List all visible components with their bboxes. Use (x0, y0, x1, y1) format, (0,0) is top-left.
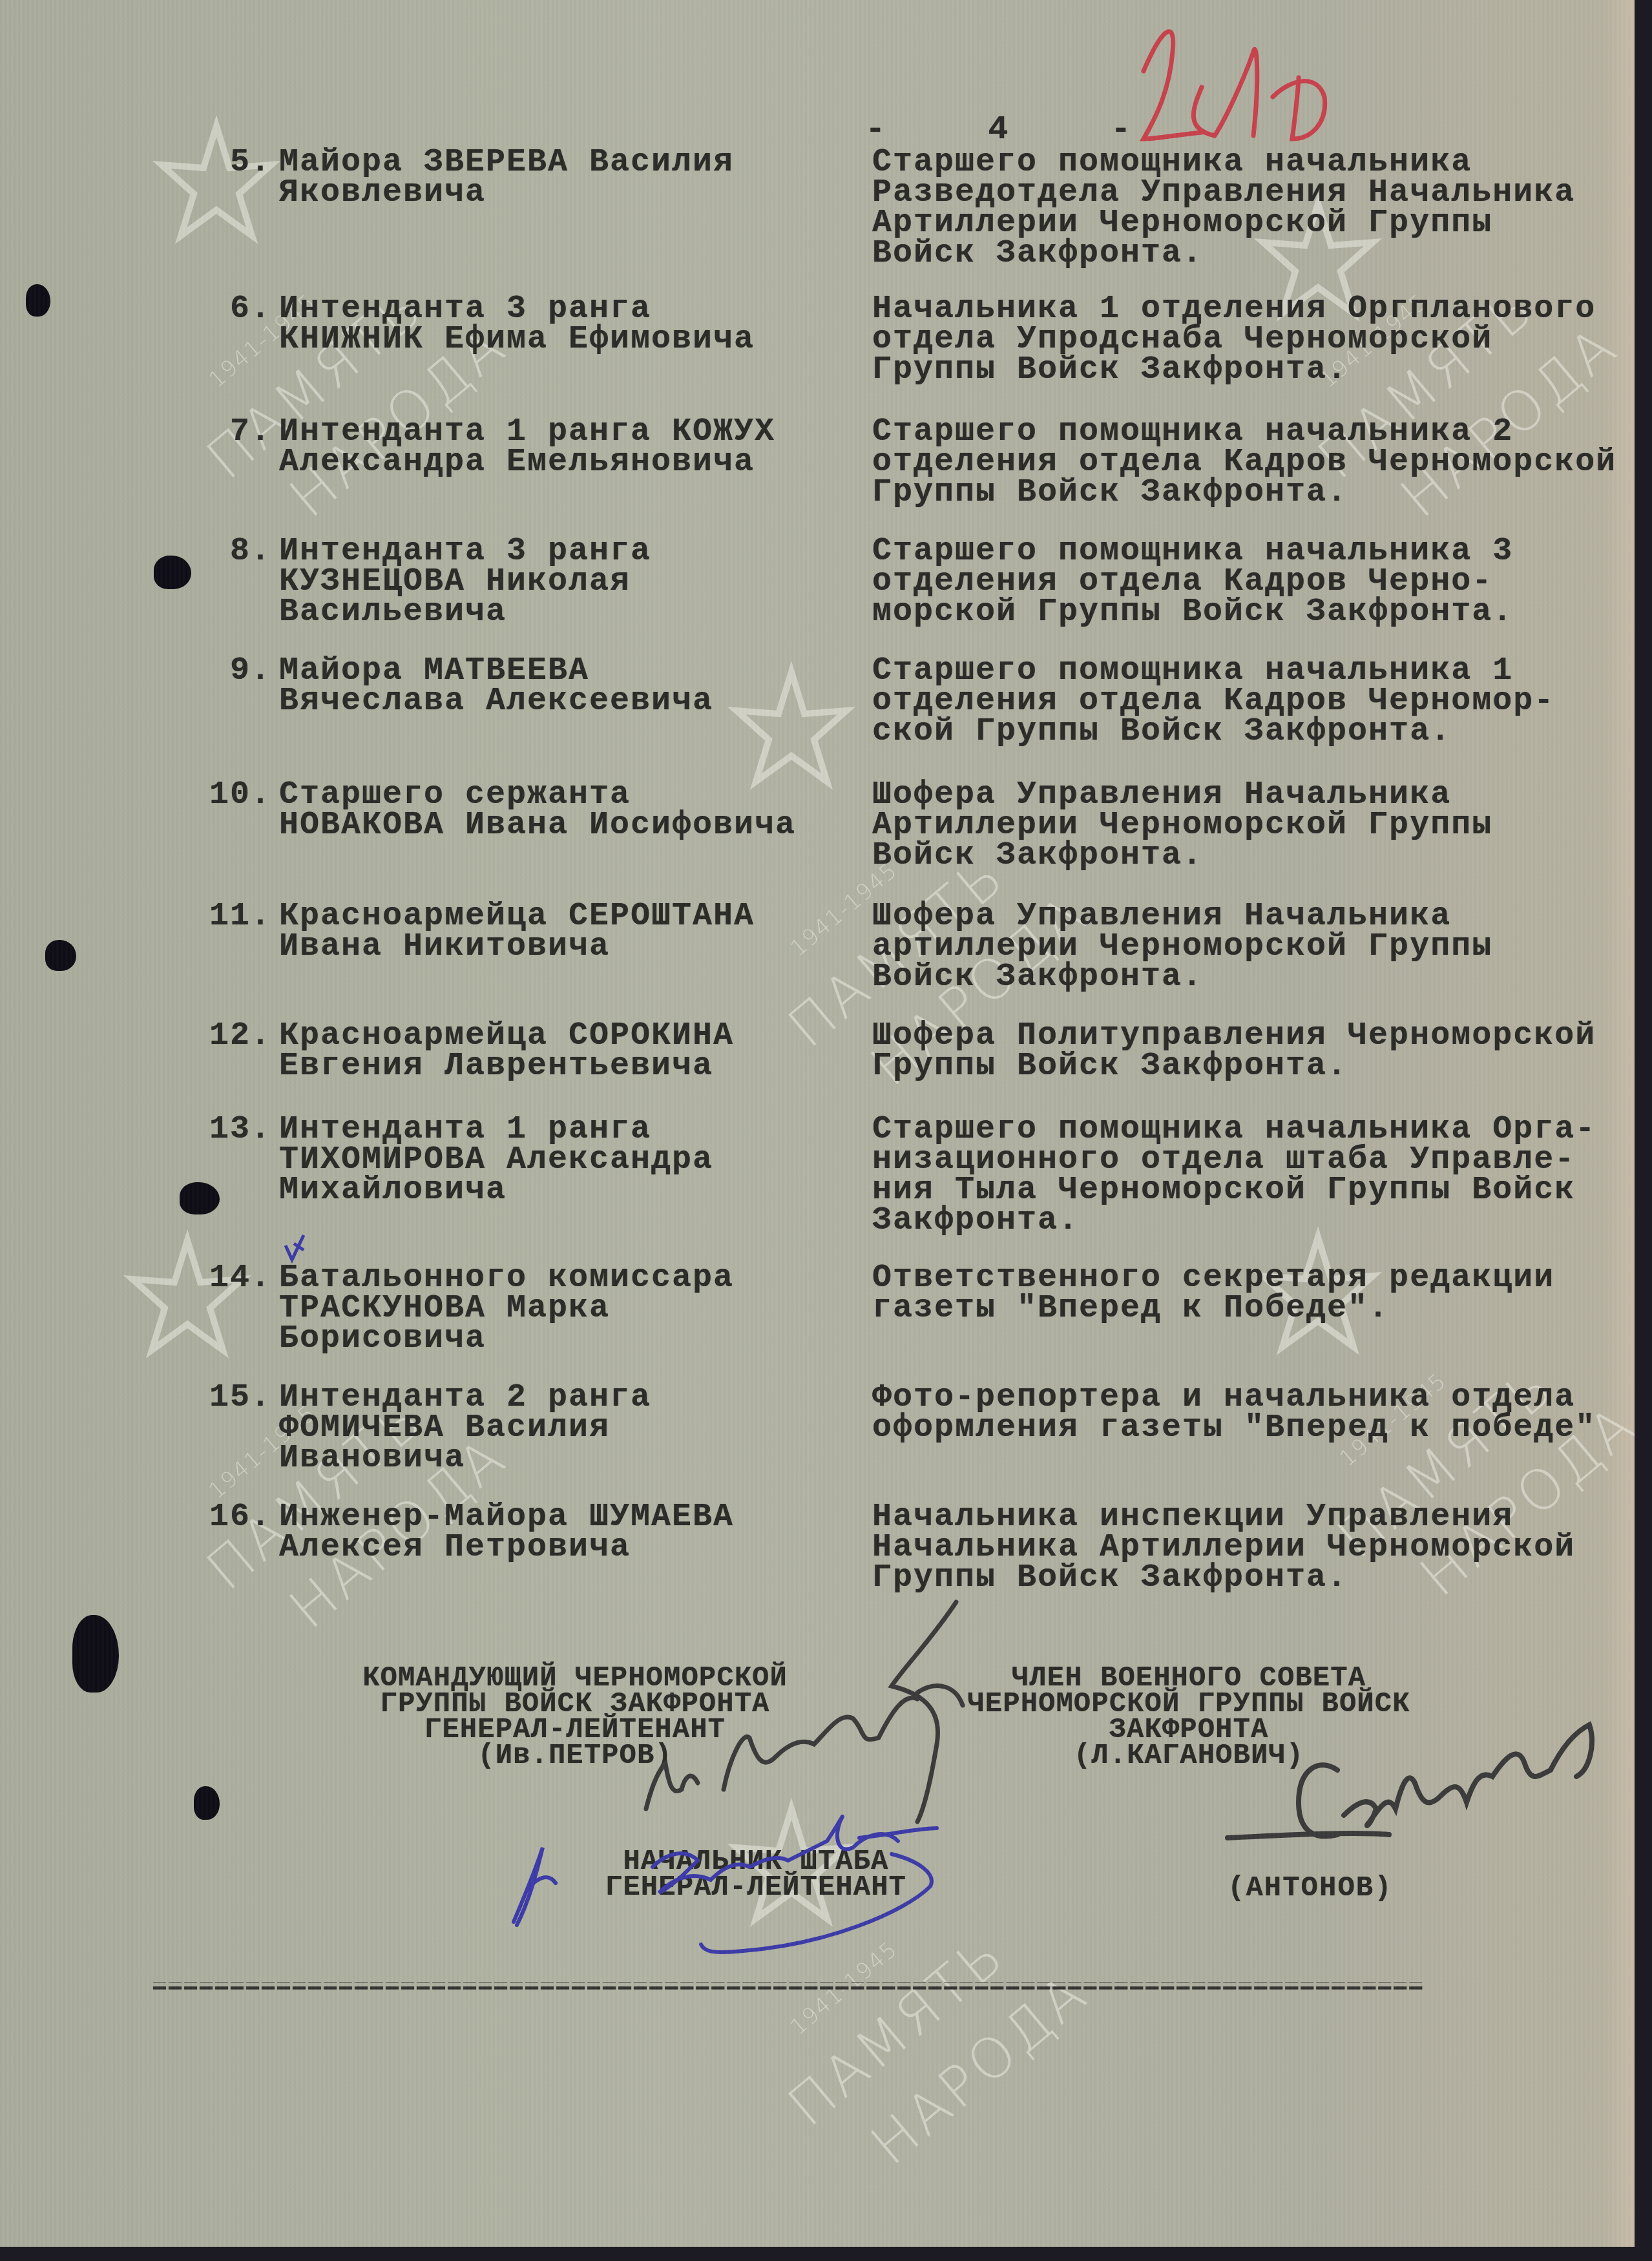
entry-person-name: Инженер-Майора ШУМАЕВААлексея Петровича (279, 1502, 734, 1563)
entry-position: Шофера Управления НачальникаАртиллерии Ч… (872, 780, 1492, 871)
punch-hole (45, 940, 76, 971)
entry-number: 8. (200, 536, 271, 567)
name-line: Интенданта 1 ранга КОЖУХ (279, 417, 775, 447)
signature-line: КОМАНДУЮЩИЙ ЧЕРНОМОРСКОЙ (304, 1665, 846, 1691)
entry-number: 11. (200, 901, 271, 932)
position-line: отдела Упродснаба Черноморской (872, 324, 1596, 355)
name-line: ТРАСКУНОВА Марка (279, 1293, 734, 1324)
document-page: 1941-1945 ПАМЯТЬ НАРОДА 1941-1945 ПАМЯТЬ… (0, 0, 1635, 2247)
signature-line: НАЧАЛЬНИК ШТАБА (556, 1849, 956, 1875)
position-line: Войск Закфронта. (872, 238, 1575, 269)
entry-position: Старшего помощника начальника 1отделения… (872, 656, 1554, 747)
entry-number: 6. (200, 294, 271, 324)
position-line: Разведотдела Управления Начальника (872, 178, 1575, 208)
entry-number: 7. (200, 417, 271, 447)
name-line: Яковлевича (279, 178, 734, 208)
entry-position: Шофера Политуправления ЧерноморскойГрупп… (872, 1021, 1596, 1081)
entry-number: 15. (200, 1382, 271, 1413)
signature-block-council-member: ЧЛЕН ВОЕННОГО СОВЕТАЧЕРНОМОРСКОЙ ГРУППЫ … (898, 1665, 1479, 1769)
position-line: Шофера Управления Начальника (872, 901, 1492, 932)
name-line: Майора МАТВЕЕВА (279, 656, 713, 686)
signature-line: (Л.КАГАНОВИЧ) (898, 1743, 1479, 1769)
entry-position: Старшего помощника начальника 3отделения… (872, 536, 1513, 627)
position-line: Закфронта. (872, 1205, 1596, 1236)
position-line: оформления газеты "Вперед к победе" (872, 1413, 1596, 1443)
name-line: ТИХОМИРОВА Александра (279, 1145, 713, 1175)
watermark: 1941-1945 ПАМЯТЬ НАРОДА (149, 194, 533, 572)
entry-person-name: Интенданта 3 рангаКНИЖНИК Ефима Ефимович… (279, 294, 755, 355)
name-line: Старшего сержанта (279, 780, 796, 810)
entry-person-name: Красноармейца СОРОКИНАЕвгения Лаврентьев… (279, 1021, 734, 1081)
signature-line: ЧЕРНОМОРСКОЙ ГРУППЫ ВОЙСК (898, 1691, 1479, 1717)
separator-line: ========================================… (152, 1982, 1567, 1994)
position-line: ния Тыла Черноморской Группы Войск (872, 1175, 1596, 1205)
position-line: Старшего помощника начальника (872, 147, 1575, 178)
position-line: ской Группы Войск Закфронта. (872, 716, 1554, 747)
entry-position: Старшего помощника начальникаРазведотдел… (872, 147, 1575, 269)
name-line: Ивана Никитовича (279, 932, 755, 962)
entry-person-name: Старшего сержантаНОВАКОВА Ивана Иосифови… (279, 780, 796, 840)
entry-position: Старшего помощника начальника 2отделения… (872, 417, 1616, 508)
punch-hole (194, 1786, 220, 1820)
position-line: Войск Закфронта. (872, 840, 1492, 871)
position-line: Старшего помощника начальника 2 (872, 417, 1616, 447)
position-line: Группы Войск Закфронта. (872, 355, 1596, 385)
entry-number: 12. (200, 1021, 271, 1051)
signature-block-chief-of-staff: НАЧАЛЬНИК ШТАБАГЕНЕРАЛ-ЛЕЙТЕНАНТ (556, 1849, 956, 1901)
entry-position: Ответственного секретаря редакциигазеты … (872, 1263, 1554, 1324)
name-line: Майора ЗВЕРЕВА Василия (279, 147, 734, 178)
position-line: Артиллерии Черноморской Группы (872, 208, 1575, 238)
entry-person-name: Интенданта 3 рангаКУЗНЕЦОВА НиколаяВасил… (279, 536, 651, 627)
entry-position: Старшего помощника начальника Орга-низац… (872, 1114, 1596, 1236)
name-line: Красноармейца СОРОКИНА (279, 1021, 734, 1051)
name-line: КУЗНЕЦОВА Николая (279, 567, 651, 597)
position-line: морской Группы Войск Закфронта. (872, 597, 1513, 627)
entry-person-name: Майора ЗВЕРЕВА ВасилияЯковлевича (279, 147, 734, 208)
entry-person-name: Майора МАТВЕЕВАВячеслава Алексеевича (279, 656, 713, 716)
position-line: Группы Войск Закфронта. (872, 1563, 1575, 1593)
entry-person-name: Интенданта 1 ранга КОЖУХАлександра Емель… (279, 417, 775, 477)
entry-position: Начальника 1 отделения Оргплановогоотдел… (872, 294, 1596, 385)
name-line: Интенданта 3 ранга (279, 294, 755, 324)
name-line: Красноармейца СЕРОШТАНА (279, 901, 755, 932)
entry-position: Начальника инспекции УправленияНачальник… (872, 1502, 1575, 1593)
entry-number: 14. (200, 1263, 271, 1293)
name-line: Вячеслава Алексеевича (279, 686, 713, 716)
position-line: Группы Войск Закфронта. (872, 1051, 1596, 1081)
position-line: низационного отдела штаба Управле- (872, 1145, 1596, 1175)
position-line: Старшего помощника начальника Орга- (872, 1114, 1596, 1145)
punch-hole (26, 284, 50, 317)
name-line: Интенданта 1 ранга (279, 1114, 713, 1145)
signature-block-commander: КОМАНДУЮЩИЙ ЧЕРНОМОРСКОЙГРУППЫ ВОЙСК ЗАК… (304, 1665, 846, 1769)
entry-number: 10. (200, 780, 271, 810)
name-line: КНИЖНИК Ефима Ефимовича (279, 324, 755, 355)
position-line: отделения отдела Кадров Черноморской (872, 447, 1616, 477)
entry-person-name: Интенданта 2 рангаФОМИЧЕВА ВасилияИванов… (279, 1382, 651, 1474)
punch-hole (72, 1615, 119, 1693)
position-line: Начальника инспекции Управления (872, 1502, 1575, 1532)
name-line: ФОМИЧЕВА Василия (279, 1413, 651, 1443)
signature-line: ЗАКФРОНТА (898, 1717, 1479, 1743)
entry-number: 13. (200, 1114, 271, 1145)
entry-number: 9. (200, 656, 271, 686)
name-line: Евгения Лаврентьевича (279, 1051, 734, 1081)
signature-line: ГЕНЕРАЛ-ЛЕЙТЕНАНТ (304, 1717, 846, 1743)
name-line: Васильевича (279, 597, 651, 627)
position-line: Фото-репортера и начальника отдела (872, 1382, 1596, 1413)
signature-line: ЧЛЕН ВОЕННОГО СОВЕТА (898, 1665, 1479, 1691)
punch-hole (180, 1182, 220, 1214)
position-line: отделения отдела Кадров Черномор- (872, 686, 1554, 716)
entry-person-name: Батальонного комиссараТРАСКУНОВА МаркаБо… (279, 1263, 734, 1354)
name-line: Михайловича (279, 1175, 713, 1205)
position-line: артиллерии Черноморской Группы (872, 932, 1492, 962)
entry-position: Шофера Управления Начальникаартиллерии Ч… (872, 901, 1492, 992)
name-line: Александра Емельяновича (279, 447, 775, 477)
entry-position: Фото-репортера и начальника отделаоформл… (872, 1382, 1596, 1443)
position-line: Артиллерии Черноморской Группы (872, 810, 1492, 840)
name-line: Борисовича (279, 1324, 734, 1354)
name-line: НОВАКОВА Ивана Иосифовича (279, 810, 796, 840)
blue-check-mark (286, 1235, 304, 1260)
position-line: газеты "Вперед к Победе". (872, 1293, 1554, 1324)
entry-number: 16. (200, 1502, 271, 1532)
name-line: Батальонного комиссара (279, 1263, 734, 1293)
chief-of-staff-name: (АНТОНОВ) (1228, 1873, 1393, 1904)
name-line: Инженер-Майора ШУМАЕВА (279, 1502, 734, 1532)
entry-number: 5. (200, 147, 271, 178)
position-line: Шофера Управления Начальника (872, 780, 1492, 810)
punch-hole (154, 556, 191, 589)
entry-person-name: Интенданта 1 рангаТИХОМИРОВА АлександраМ… (279, 1114, 713, 1205)
position-line: Начальника Артиллерии Черноморской (872, 1532, 1575, 1563)
signature-line: ГЕНЕРАЛ-ЛЕЙТЕНАНТ (556, 1875, 956, 1901)
entry-person-name: Красноармейца СЕРОШТАНАИвана Никитовича (279, 901, 755, 962)
signature-line: ГРУППЫ ВОЙСК ЗАКФРОНТА (304, 1691, 846, 1717)
name-line: Ивановича (279, 1443, 651, 1474)
position-line: Войск Закфронта. (872, 962, 1492, 992)
position-line: Шофера Политуправления Черноморской (872, 1021, 1596, 1051)
position-line: отделения отдела Кадров Черно- (872, 567, 1513, 597)
signature-line: (Ив.ПЕТРОВ) (304, 1743, 846, 1769)
position-line: Ответственного секретаря редакции (872, 1263, 1554, 1293)
position-line: Группы Войск Закфронта. (872, 477, 1616, 508)
position-line: Начальника 1 отделения Оргпланового (872, 294, 1596, 324)
name-line: Интенданта 2 ранга (279, 1382, 651, 1413)
position-line: Старшего помощника начальника 1 (872, 656, 1554, 686)
position-line: Старшего помощника начальника 3 (872, 536, 1513, 567)
name-line: Алексея Петровича (279, 1532, 734, 1563)
name-line: Интенданта 3 ранга (279, 536, 651, 567)
watermark: 1941-1945 ПАМЯТЬ НАРОДА (149, 1306, 533, 1683)
